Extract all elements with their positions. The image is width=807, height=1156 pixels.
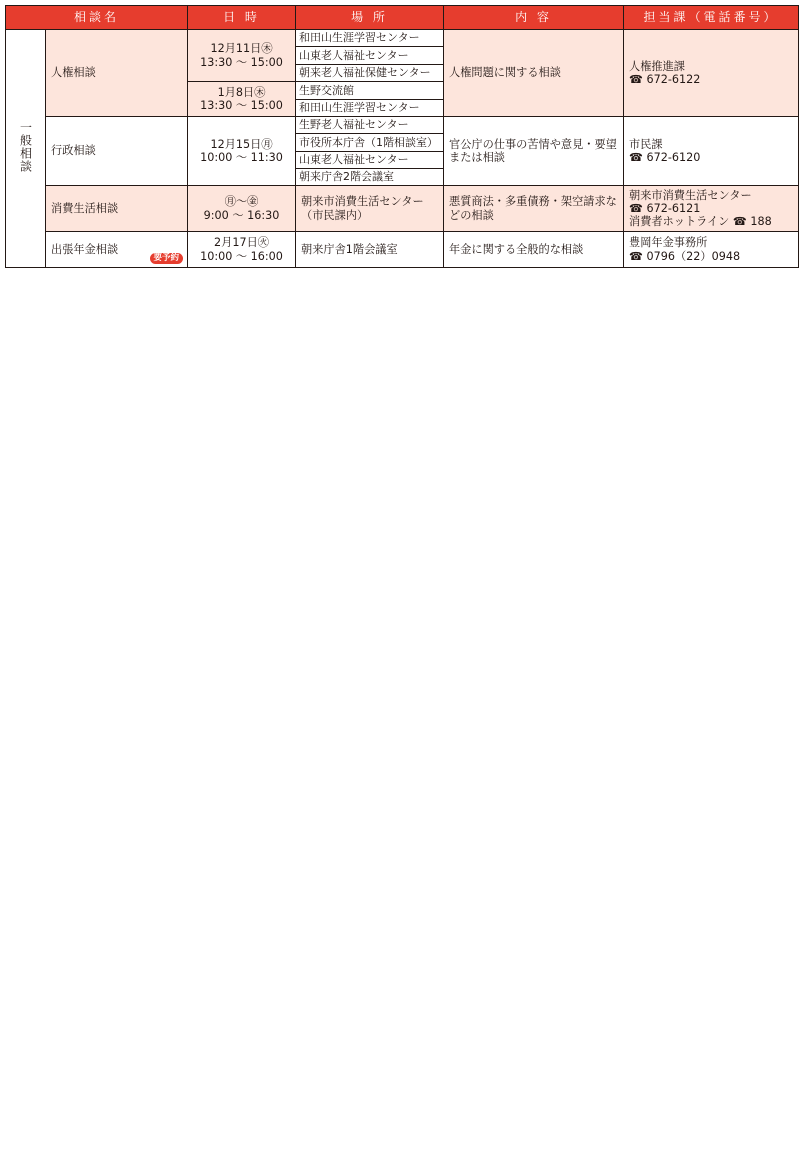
place-cell: 和田山生涯学習センター <box>296 99 444 116</box>
consult-name: 消費生活相談 <box>46 186 188 232</box>
place-cell: 朝来庁舎2階会議室 <box>296 168 444 185</box>
consult-name: 行政相談 <box>46 116 188 185</box>
dept-cell: 市民課☎ 672-6120 <box>624 116 799 185</box>
dept-cell: 人権推進課☎ 672-6122 <box>624 30 799 117</box>
place-cell: 山東老人福祉センター <box>296 151 444 168</box>
dept-cell: 朝来市消費生活センター☎ 672-6121消費者ホットライン ☎ 188 <box>624 186 799 232</box>
table-row: 行政相談 12月15日㊊10:00 ～ 11:30 生野老人福祉センター 官公庁… <box>6 116 799 133</box>
phone-icon: ☎ <box>629 151 643 164</box>
place-cell: 市役所本庁舎（1階相談室） <box>296 134 444 151</box>
table-row: 一般相談 人権相談 12月11日㊍13:30 ～ 15:00 和田山生涯学習セン… <box>6 30 799 47</box>
header-datetime: 日 時 <box>188 6 296 30</box>
consult-name: 出張年金相談要予約 <box>46 232 188 268</box>
header-dept: 担当課（電話番号） <box>624 6 799 30</box>
header-name: 相談名 <box>6 6 188 30</box>
reservation-required-badge: 要予約 <box>150 253 184 264</box>
dept-cell: 豊岡年金事務所☎ 0796（22）0948 <box>624 232 799 268</box>
consultation-table: 相談名 日 時 場 所 内 容 担当課（電話番号） 一般相談 人権相談 12月1… <box>5 5 798 1148</box>
place-cell: 山東老人福祉センター <box>296 47 444 64</box>
content-cell: 年金に関する全般的な相談 <box>444 232 624 268</box>
content-cell: 官公庁の仕事の苦情や意見・要望または相談 <box>444 116 624 185</box>
table-row: 消費生活相談 ㊊～㊎9:00 ～ 16:30 朝来市消費生活センター（市民課内）… <box>6 186 799 232</box>
place-cell: 和田山生涯学習センター <box>296 30 444 47</box>
place-cell: 朝来庁舎1階会議室 <box>296 232 444 268</box>
phone-icon: ☎ <box>629 202 643 215</box>
table-row: 出張年金相談要予約 2月17日㊋10:00 ～ 16:00 朝来庁舎1階会議室 … <box>6 232 799 268</box>
table-header: 相談名 日 時 場 所 内 容 担当課（電話番号） <box>6 6 799 30</box>
header-place: 場 所 <box>296 6 444 30</box>
place-cell: 朝来市消費生活センター（市民課内） <box>296 186 444 232</box>
consult-name: 人権相談 <box>46 30 188 117</box>
place-cell: 朝来老人福祉保健センター <box>296 64 444 81</box>
phone-icon: ☎ <box>629 250 643 263</box>
datetime-cell: 2月17日㊋10:00 ～ 16:00 <box>188 232 296 268</box>
header-content: 内 容 <box>444 6 624 30</box>
place-cell: 生野交流館 <box>296 82 444 99</box>
datetime-cell: ㊊～㊎9:00 ～ 16:30 <box>188 186 296 232</box>
datetime-cell: 12月11日㊍13:30 ～ 15:00 <box>188 30 296 82</box>
content-cell: 人権問題に関する相談 <box>444 30 624 117</box>
place-cell: 生野老人福祉センター <box>296 116 444 133</box>
datetime-cell: 1月8日㊍13:30 ～ 15:00 <box>188 82 296 117</box>
content-cell: 悪質商法・多重債務・架空請求などの相談 <box>444 186 624 232</box>
category-general: 一般相談 <box>6 30 46 268</box>
datetime-cell: 12月15日㊊10:00 ～ 11:30 <box>188 116 296 185</box>
phone-icon: ☎ <box>629 73 643 86</box>
